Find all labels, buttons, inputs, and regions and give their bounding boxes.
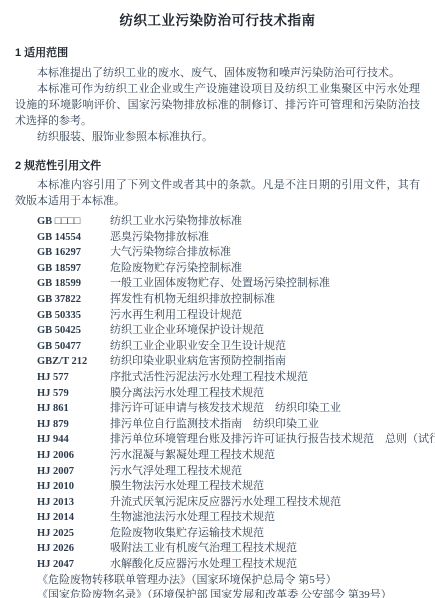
reference-name: 污水再生利用工程设计规范 <box>110 308 242 324</box>
reference-code: HJ 2014 <box>37 510 110 526</box>
section-scope-paragraphs: 本标准提出了纺织工业的废水、废气、固体废物和噪声污染防治可行技术。 本标准可作为… <box>15 65 420 145</box>
reference-name: 升流式厌氧污泥床反应器污水处理工程技术规范 <box>110 495 341 511</box>
reference-name: 危险废物贮存污染控制标准 <box>110 261 242 277</box>
reference-name: 排污单位自行监测技术指南 纺织印染工业 <box>110 417 319 433</box>
reference-code: HJ 2025 <box>37 526 110 542</box>
reference-name: 纺织工业企业环境保护设计规范 <box>110 323 264 339</box>
document-line: 《国家危险废物名录》（环境保护部 国家发展和改革委 公安部令 第39号） <box>15 588 420 598</box>
reference-name: 大气污染物综合排放标准 <box>110 245 231 261</box>
reference-name: 纺织工业水污染物排放标准 <box>110 214 242 230</box>
reference-row: GB 50335 污水再生利用工程设计规范 <box>15 308 420 324</box>
reference-code: GB 16297 <box>37 245 110 261</box>
reference-row: HJ 2006 污水混凝与絮凝处理工程技术规范 <box>15 448 420 464</box>
reference-name: 生物滤池法污水处理工程技术规范 <box>110 510 275 526</box>
document-line: 《危险废物转移联单管理办法》（国家环境保护总局令 第5号） <box>15 573 420 589</box>
reference-name: 污水混凝与絮凝处理工程技术规范 <box>110 448 275 464</box>
reference-row: GB 50477 纺织工业企业职业安全卫生设计规范 <box>15 339 420 355</box>
reference-name: 膜生物法污水处理工程技术规范 <box>110 479 264 495</box>
section-scope: 1 适用范围 本标准提出了纺织工业的废水、废气、固体废物和噪声污染防治可行技术。… <box>15 46 420 145</box>
reference-code: GB 50425 <box>37 323 110 339</box>
reference-code: HJ 2006 <box>37 448 110 464</box>
reference-code: HJ 579 <box>37 386 110 402</box>
section-references-intro: 本标准内容引用了下列文件或者其中的条款。凡是不注日期的引用文件，其有效版本适用于… <box>15 177 420 209</box>
reference-code: HJ 2026 <box>37 541 110 557</box>
section-references-heading: 2 规范性引用文件 <box>15 159 420 173</box>
reference-code: HJ 861 <box>37 401 110 417</box>
reference-row: GB □□□□ 纺织工业水污染物排放标准 <box>15 214 420 230</box>
document-title: 纺织工业污染防治可行技术指南 <box>15 12 420 30</box>
reference-name: 排污许可证申请与核发技术规范 纺织印染工业 <box>110 401 341 417</box>
reference-row: GB 16297 大气污染物综合排放标准 <box>15 245 420 261</box>
section-references: 2 规范性引用文件 本标准内容引用了下列文件或者其中的条款。凡是不注日期的引用文… <box>15 159 420 598</box>
reference-name: 膜分离法污水处理工程技术规范 <box>110 386 264 402</box>
reference-code: GB 50335 <box>37 308 110 324</box>
reference-row: GB 37822 挥发性有机物无组织排放控制标准 <box>15 292 420 308</box>
section-scope-heading: 1 适用范围 <box>15 46 420 60</box>
reference-name: 危险废物收集贮存运输技术规范 <box>110 526 264 542</box>
reference-code: HJ 2047 <box>37 557 110 573</box>
reference-name: 吸附法工业有机废气治理工程技术规范 <box>110 541 297 557</box>
reference-row: GB 50425 纺织工业企业环境保护设计规范 <box>15 323 420 339</box>
reference-code: HJ 2007 <box>37 464 110 480</box>
reference-row: HJ 861 排污许可证申请与核发技术规范 纺织印染工业 <box>15 401 420 417</box>
reference-name: 纺织印染业职业病危害预防控制指南 <box>110 354 286 370</box>
reference-row: GB 14554 恶臭污染物排放标准 <box>15 230 420 246</box>
section-references-intro-wrap: 本标准内容引用了下列文件或者其中的条款。凡是不注日期的引用文件，其有效版本适用于… <box>15 177 420 209</box>
reference-code: GB □□□□ <box>37 214 110 230</box>
reference-row: HJ 879 排污单位自行监测技术指南 纺织印染工业 <box>15 417 420 433</box>
reference-code: GBZ/T 212 <box>37 354 110 370</box>
reference-code: HJ 944 <box>37 432 110 448</box>
reference-name: 水解酸化反应器污水处理工程技术规范 <box>110 557 297 573</box>
reference-row: HJ 577 序批式活性污泥法污水处理工程技术规范 <box>15 370 420 386</box>
paragraph: 本标准可作为纺织工业企业或生产设施建设项目及纺织工业集聚区中污水处理设施的环境影… <box>15 81 420 129</box>
reference-code: GB 14554 <box>37 230 110 246</box>
reference-row: HJ 2047 水解酸化反应器污水处理工程技术规范 <box>15 557 420 573</box>
paragraph: 纺织服装、服饰业参照本标准执行。 <box>15 129 420 145</box>
reference-row: HJ 579 膜分离法污水处理工程技术规范 <box>15 386 420 402</box>
reference-name: 一般工业固体废物贮存、处置场污染控制标准 <box>110 276 330 292</box>
reference-name: 排污单位环境管理台账及排污许可证执行报告技术规范 总则（试行） <box>110 432 435 448</box>
reference-row: HJ 2010 膜生物法污水处理工程技术规范 <box>15 479 420 495</box>
reference-code: HJ 2010 <box>37 479 110 495</box>
documents-list: 《危险废物转移联单管理办法》（国家环境保护总局令 第5号） 《国家危险废物名录》… <box>15 573 420 598</box>
reference-code: GB 50477 <box>37 339 110 355</box>
reference-code: GB 37822 <box>37 292 110 308</box>
reference-row: HJ 944 排污单位环境管理台账及排污许可证执行报告技术规范 总则（试行） <box>15 432 420 448</box>
reference-code: GB 18597 <box>37 261 110 277</box>
reference-code: HJ 577 <box>37 370 110 386</box>
reference-row: GBZ/T 212 纺织印染业职业病危害预防控制指南 <box>15 354 420 370</box>
reference-name: 纺织工业企业职业安全卫生设计规范 <box>110 339 286 355</box>
reference-row: HJ 2025 危险废物收集贮存运输技术规范 <box>15 526 420 542</box>
reference-row: HJ 2026 吸附法工业有机废气治理工程技术规范 <box>15 541 420 557</box>
reference-code: HJ 879 <box>37 417 110 433</box>
reference-name: 污水气浮处理工程技术规范 <box>110 464 242 480</box>
reference-code: HJ 2013 <box>37 495 110 511</box>
reference-row: HJ 2013 升流式厌氧污泥床反应器污水处理工程技术规范 <box>15 495 420 511</box>
reference-row: GB 18599 一般工业固体废物贮存、处置场污染控制标准 <box>15 276 420 292</box>
standards-list: GB □□□□ 纺织工业水污染物排放标准 GB 14554 恶臭污染物排放标准 … <box>15 214 420 573</box>
reference-name: 挥发性有机物无组织排放控制标准 <box>110 292 275 308</box>
reference-name: 恶臭污染物排放标准 <box>110 230 209 246</box>
reference-name: 序批式活性污泥法污水处理工程技术规范 <box>110 370 308 386</box>
reference-row: HJ 2007 污水气浮处理工程技术规范 <box>15 464 420 480</box>
reference-row: GB 18597 危险废物贮存污染控制标准 <box>15 261 420 277</box>
paragraph: 本标准提出了纺织工业的废水、废气、固体废物和噪声污染防治可行技术。 <box>15 65 420 81</box>
reference-code: GB 18599 <box>37 276 110 292</box>
document-page: 纺织工业污染防治可行技术指南 1 适用范围 本标准提出了纺织工业的废水、废气、固… <box>0 0 435 598</box>
reference-row: HJ 2014 生物滤池法污水处理工程技术规范 <box>15 510 420 526</box>
